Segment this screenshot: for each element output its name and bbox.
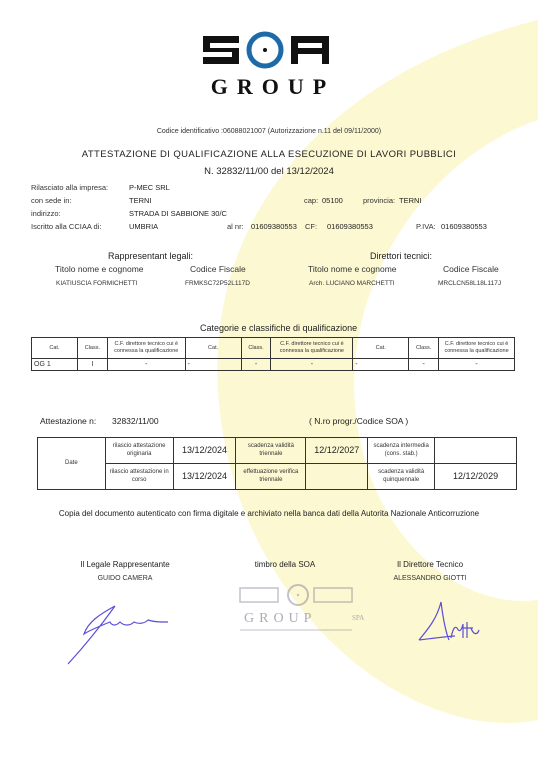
col-cf-2: C.F. direttore tecnico cui è connessa la…: [271, 338, 353, 359]
piva-label: P.IVA:: [416, 222, 436, 231]
piva-value: 01609380553: [441, 222, 487, 231]
cell-cf-3: -: [439, 359, 515, 371]
cap-label: cap:: [304, 196, 318, 205]
identification-code: Codice identificativo :06088021007 (Auto…: [0, 128, 538, 135]
table-row: OG 1 I - - - - - - -: [32, 359, 515, 371]
dates-row-original: Date rilascio attestazione originaria 13…: [38, 438, 517, 464]
stamp-spa-text: SPA: [352, 614, 364, 622]
tech-directors-col-name: Titolo nome e cognome: [308, 264, 397, 274]
col-cf-3: C.F. direttore tecnico cui è connessa la…: [439, 338, 515, 359]
col-cat-2: Cat.: [185, 338, 241, 359]
cell-class-3: -: [409, 359, 439, 371]
cap-value: 05100: [322, 196, 343, 205]
original-label: rilascio attestazione originaria: [105, 438, 173, 464]
cciaa-label: Iscritto alla CCIAA di:: [31, 222, 101, 231]
cell-class-1: I: [77, 359, 107, 371]
attestation-label: Attestazione n:: [40, 416, 96, 426]
attestation-note: ( N.ro progr./Codice SOA ): [309, 416, 408, 426]
seat-label: con sede in:: [31, 196, 71, 205]
triennial-label: scadenza validità triennale: [236, 438, 306, 464]
logo-group-text: GROUP: [200, 74, 346, 100]
reg-number-value: 01609380553: [251, 222, 297, 231]
intermediate-label: scadenza intermedia (cons. stab.): [368, 438, 435, 464]
dates-row-label: Date: [38, 438, 106, 490]
document-title: ATTESTAZIONE DI QUALIFICAZIONE ALLA ESEC…: [0, 149, 538, 160]
categories-table: Cat. Class. C.F. direttore tecnico cui è…: [31, 337, 515, 371]
reg-number-label: al nr:: [227, 222, 244, 231]
tech-directors-col-cf: Codice Fiscale: [443, 264, 499, 274]
legal-reps-col-name: Titolo nome e cognome: [55, 264, 144, 274]
attestation-value: 32832/11/00: [112, 416, 159, 426]
cell-cat-3: -: [353, 359, 409, 371]
legal-rep-cf: FRMKSC72P52L117D: [185, 280, 250, 287]
cell-cat-1: OG 1: [32, 359, 78, 371]
issued-to-value: P-MEC SRL: [129, 183, 170, 192]
certificate-page: GROUP Codice identificativo :06088021007…: [0, 0, 538, 767]
address-value: STRADA DI SABBIONE 30/C: [129, 209, 227, 218]
stamp-title: timbro della SOA: [230, 560, 340, 569]
verify-date: [306, 464, 368, 490]
cell-cf-2: -: [271, 359, 353, 371]
director-signature-name: ALESSANDRO GIOTTI: [370, 575, 490, 582]
verify-label: effettuazione verifica triennale: [236, 464, 306, 490]
triennial-date: 12/12/2027: [306, 438, 368, 464]
col-cf-1: C.F. direttore tecnico cui è connessa la…: [107, 338, 185, 359]
dates-table: Date rilascio attestazione originaria 13…: [37, 437, 517, 490]
seat-value: TERNI: [129, 196, 152, 205]
province-value: TERNI: [399, 196, 422, 205]
intermediate-date: [435, 438, 517, 464]
legal-rep-signature-icon: [60, 600, 180, 670]
col-class-3: Class.: [409, 338, 439, 359]
tech-director-cf: MRCLCN58L18L117J: [438, 280, 501, 287]
authentication-note: Copia del documento autenticato con firm…: [0, 509, 538, 518]
director-signature-icon: [415, 598, 485, 646]
tech-directors-heading: Direttori tecnici:: [370, 251, 432, 261]
five-year-date: 12/12/2029: [435, 464, 517, 490]
cell-cat-2: -: [185, 359, 241, 371]
categories-heading: Categorie e classifiche di qualificazion…: [200, 323, 357, 333]
col-class-2: Class.: [241, 338, 271, 359]
tech-director-name: Arch. LUCIANO MARCHETTI: [309, 280, 395, 287]
categories-header-row: Cat. Class. C.F. direttore tecnico cui è…: [32, 338, 515, 359]
legal-rep-name: KIATIUSCIA FORMICHETTI: [56, 280, 138, 287]
legal-reps-heading: Rappresentant legali:: [108, 251, 193, 261]
col-class-1: Class.: [77, 338, 107, 359]
cell-cf-1: -: [107, 359, 185, 371]
col-cat-3: Cat.: [353, 338, 409, 359]
legal-rep-signature-name: GUIDO CAMERA: [70, 575, 180, 582]
five-year-label: scadenza validità quinquennale: [368, 464, 435, 490]
address-label: indirizzo:: [31, 209, 61, 218]
document-number: N. 32832/11/00 del 13/12/2024: [0, 166, 538, 177]
current-date: 13/12/2024: [173, 464, 236, 490]
province-label: provincia:: [363, 196, 395, 205]
legal-rep-signature-title: Il Legale Rappresentante: [70, 560, 180, 569]
cell-class-2: -: [241, 359, 271, 371]
legal-reps-col-cf: Codice Fiscale: [190, 264, 246, 274]
original-date: 13/12/2024: [173, 438, 236, 464]
col-cat-1: Cat.: [32, 338, 78, 359]
cciaa-value: UMBRIA: [129, 222, 158, 231]
issued-to-label: Rilasciato alla impresa:: [31, 183, 108, 192]
stamp-group-text: GROUP: [244, 611, 316, 627]
cf-label: CF:: [305, 222, 317, 231]
director-signature-title: Il Direttore Tecnico: [370, 560, 490, 569]
current-label: rilascio attestazione in corso: [105, 464, 173, 490]
cf-value: 01609380553: [327, 222, 373, 231]
dates-row-current: rilascio attestazione in corso 13/12/202…: [38, 464, 517, 490]
